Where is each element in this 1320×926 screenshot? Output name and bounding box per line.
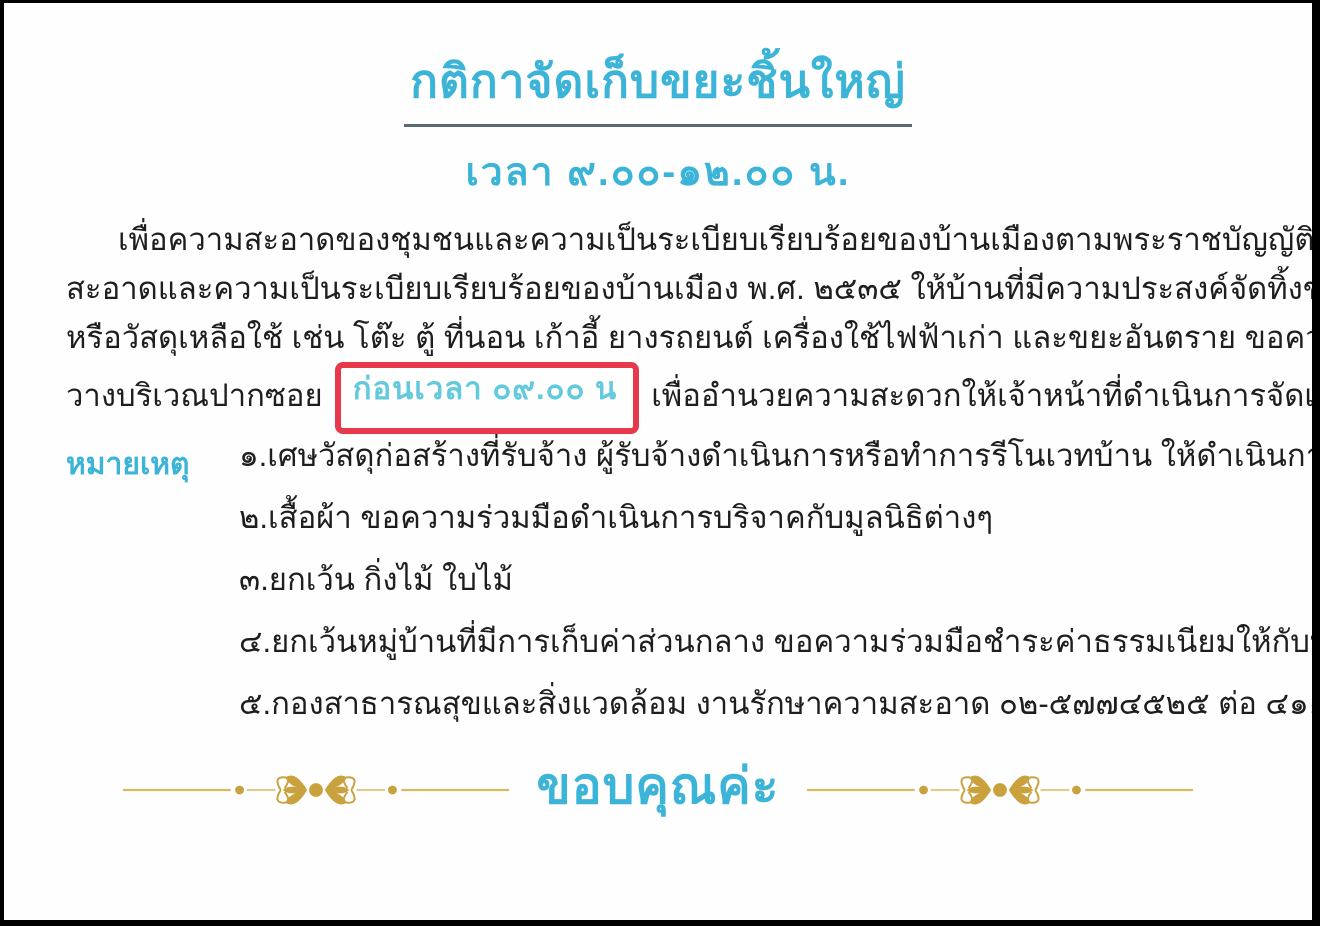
page-title: กติกาจัดเก็บขยะชิ้นใหญ่ — [404, 45, 912, 127]
note-item: ๒.เสื้อผ้า ขอความร่วมมือดำเนินการบริจาคก… — [239, 493, 1279, 542]
note-label: หมายเหตุ — [66, 441, 190, 488]
note-item: ๕.กองสาธารณสุขและสิ่งแวดล้อม งานรักษาควา… — [239, 679, 1279, 728]
note-item: ๑.เศษวัสดุก่อสร้างที่รับจ้าง ผู้รับจ้างด… — [239, 431, 1279, 480]
note-list: ๑.เศษวัสดุก่อสร้างที่รับจ้าง ผู้รับจ้างด… — [239, 431, 1279, 741]
time-callout-box: ก่อนเวลา ๐๙.๐๐ น — [335, 362, 639, 434]
paragraph-line: วางบริเวณปากซอยก่อนเวลา ๐๙.๐๐ นเพื่ออำนว… — [66, 362, 1262, 434]
paragraph-line: เพื่อความสะอาดของชุมชนและความเป็นระเบียบ… — [66, 215, 1262, 264]
note-item: ๓.ยกเว้น กิ่งไม้ ใบไม้ — [239, 555, 1279, 604]
time-callout-text: ก่อนเวลา ๐๙.๐๐ น — [353, 371, 617, 406]
page-title-row: กติกาจัดเก็บขยะชิ้นใหญ่ — [4, 45, 1312, 127]
line4-suffix: เพื่ออำนวยความสะดวกให้เจ้าหน้าที่ดำเนินก… — [651, 378, 1320, 413]
note-item: ๔.ยกเว้นหมู่บ้านที่มีการเก็บค่าส่วนกลาง … — [239, 617, 1279, 666]
time-subtitle: เวลา ๙.๐๐-๑๒.๐๐ น. — [4, 141, 1312, 203]
paragraph-line: หรือวัสดุเหลือใช้ เช่น โต๊ะ ตู้ ที่นอน เ… — [66, 313, 1262, 362]
gold-divider-ornament-left — [120, 767, 512, 813]
body-paragraph: เพื่อความสะอาดของชุมชนและความเป็นระเบียบ… — [66, 215, 1262, 434]
paragraph-line: สะอาดและความเป็นระเบียบเรียบร้อยของบ้านเ… — [66, 264, 1262, 313]
gold-divider-ornament-right — [804, 767, 1196, 813]
notice-document: กติกาจัดเก็บขยะชิ้นใหญ่ เวลา ๙.๐๐-๑๒.๐๐ … — [0, 0, 1320, 926]
line4-prefix: วางบริเวณปากซอย — [66, 378, 323, 413]
thanks-text: ขอบคุณค่ะ — [536, 747, 779, 832]
footer: ขอบคุณค่ะ — [4, 747, 1312, 832]
